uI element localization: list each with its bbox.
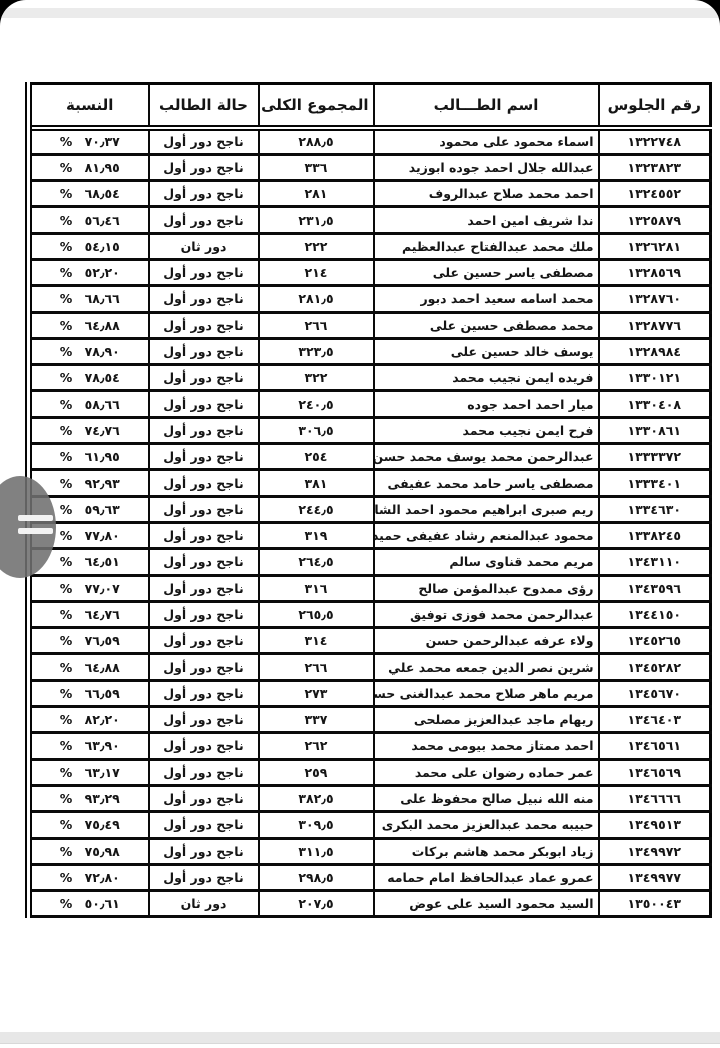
table-row: ١٣٢٨٧٦٠ محمد اسامه سعيد احمد دبور ٢٨١٫٥ …	[29, 286, 711, 312]
status-cell: ناجح دور أول	[149, 522, 259, 548]
seat-number-cell: ١٣٢٢٧٤٨	[599, 128, 711, 154]
student-name-cell: احمد محمد صلاح عبدالروف	[374, 181, 599, 207]
total-score-cell: ٢٤٤٫٥	[259, 496, 374, 522]
percentage-cell: ٧٥٫٤٩ %	[29, 812, 149, 838]
status-cell: ناجح دور أول	[149, 365, 259, 391]
total-score-cell: ٣١١٫٥	[259, 838, 374, 864]
total-score-cell: ٢٨١٫٥	[259, 286, 374, 312]
total-score-cell: ٣٨١	[259, 470, 374, 496]
table-row: ١٣٤٣١١٠ مريم محمد قناوى سالم ٢٦٤٫٥ ناجح …	[29, 549, 711, 575]
results-table: رقم الجلوس اسم الطـــالب المجموع الكلى ح…	[25, 82, 712, 918]
total-score-cell: ٣٠٦٫٥	[259, 417, 374, 443]
total-score-cell: ٣١٦	[259, 575, 374, 601]
percentage-cell: ٩٣٫٢٩ %	[29, 785, 149, 811]
status-cell: دور ثان	[149, 891, 259, 917]
student-name-cell: زياد ابوبكر محمد هاشم بركات	[374, 838, 599, 864]
total-score-cell: ٣٣٦	[259, 154, 374, 180]
student-name-cell: مريم ماهر صلاح محمد عبدالغنى حسنين	[374, 680, 599, 706]
table-row: ١٣٤٦٤٠٣ ريهام ماجد عبدالعزيز مصلحى ٣٣٧ ن…	[29, 707, 711, 733]
table-row: ١٣٢٨٩٨٤ يوسف خالد حسين على ٣٢٣٫٥ ناجح دو…	[29, 338, 711, 364]
student-name-cell: عبدالرحمن محمد فوزى توفيق	[374, 601, 599, 627]
status-cell: ناجح دور أول	[149, 864, 259, 890]
table-row: ١٣٤٦٥٦٩ عمر حماده رضوان على محمد ٢٥٩ ناج…	[29, 759, 711, 785]
student-name-cell: محمد مصطفى حسين على	[374, 312, 599, 338]
document-page: رقم الجلوس اسم الطـــالب المجموع الكلى ح…	[0, 0, 720, 1048]
header-seat-number: رقم الجلوس	[599, 84, 711, 129]
page-bottom-separator	[0, 1032, 720, 1044]
status-cell: ناجح دور أول	[149, 444, 259, 470]
total-score-cell: ٢٦٤٫٥	[259, 549, 374, 575]
total-score-cell: ٢١٤	[259, 259, 374, 285]
seat-number-cell: ١٣٢٥٨٧٩	[599, 207, 711, 233]
total-score-cell: ٢٦٦	[259, 312, 374, 338]
status-cell: ناجح دور أول	[149, 812, 259, 838]
table-row: ١٣٤٩٩٧٢ زياد ابوبكر محمد هاشم بركات ٣١١٫…	[29, 838, 711, 864]
seat-number-cell: ١٣٢٤٥٥٢	[599, 181, 711, 207]
total-score-cell: ٢٣١٫٥	[259, 207, 374, 233]
seat-number-cell: ١٣٤٥٢٦٥	[599, 628, 711, 654]
table-row: ١٣٤٦٥٦١ احمد ممتاز محمد بيومى محمد ٢٦٢ ن…	[29, 733, 711, 759]
table-row: ١٣٣٠٤٠٨ ميار احمد احمد جوده ٢٤٠٫٥ ناجح د…	[29, 391, 711, 417]
table-row: ١٣٥٠٠٤٣ السيد محمود السيد على عوض ٢٠٧٫٥ …	[29, 891, 711, 917]
table-row: ١٣٤٩٥١٣ حبيبه محمد عبدالعزيز محمد البكرى…	[29, 812, 711, 838]
total-score-cell: ٢٩٨٫٥	[259, 864, 374, 890]
percentage-cell: ٧٨٫٥٤ %	[29, 365, 149, 391]
status-cell: ناجح دور أول	[149, 286, 259, 312]
student-name-cell: فريده ايمن نجيب محمد	[374, 365, 599, 391]
status-cell: ناجح دور أول	[149, 628, 259, 654]
student-name-cell: مصطفى ياسر حسين على	[374, 259, 599, 285]
status-cell: ناجح دور أول	[149, 470, 259, 496]
student-name-cell: فرح ايمن نجيب محمد	[374, 417, 599, 443]
seat-number-cell: ١٣٤٦٦٦٦	[599, 785, 711, 811]
percentage-cell: ٥٨٫٦٦ %	[29, 391, 149, 417]
status-cell: ناجح دور أول	[149, 154, 259, 180]
table-row: ١٣٢٨٧٧٦ محمد مصطفى حسين على ٢٦٦ ناجح دور…	[29, 312, 711, 338]
table-row: ١٣٤٥٢٨٢ شرين نصر الدين جمعه محمد علي ٢٦٦…	[29, 654, 711, 680]
student-name-cell: منه الله نبيل صالح محفوظ على	[374, 785, 599, 811]
student-name-cell: عبدالرحمن محمد يوسف محمد حسن	[374, 444, 599, 470]
status-cell: ناجح دور أول	[149, 733, 259, 759]
status-cell: ناجح دور أول	[149, 259, 259, 285]
table-row: ١٣٢٨٥٦٩ مصطفى ياسر حسين على ٢١٤ ناجح دور…	[29, 259, 711, 285]
status-cell: ناجح دور أول	[149, 207, 259, 233]
table-row: ١٣٣٣٤٠١ مصطفى ياسر حامد محمد عفيفى ٣٨١ ن…	[29, 470, 711, 496]
status-cell: ناجح دور أول	[149, 312, 259, 338]
percentage-cell: ٧٥٫٩٨ %	[29, 838, 149, 864]
header-student-status: حالة الطالب	[149, 84, 259, 129]
seat-number-cell: ١٣٢٦٢٨١	[599, 233, 711, 259]
status-cell: ناجح دور أول	[149, 838, 259, 864]
total-score-cell: ٢٤٠٫٥	[259, 391, 374, 417]
status-cell: ناجح دور أول	[149, 549, 259, 575]
seat-number-cell: ١٣٣٣٣٧٢	[599, 444, 711, 470]
seat-number-cell: ١٣٣٠٤٠٨	[599, 391, 711, 417]
status-cell: ناجح دور أول	[149, 417, 259, 443]
results-tbody: ١٣٢٢٧٤٨ اسماء محمود على محمود ٢٨٨٫٥ ناجح…	[29, 128, 711, 917]
student-name-cell: ميار احمد احمد جوده	[374, 391, 599, 417]
seat-number-cell: ١٣٤٥٦٧٠	[599, 680, 711, 706]
student-name-cell: محمد اسامه سعيد احمد دبور	[374, 286, 599, 312]
total-score-cell: ٢٦٥٫٥	[259, 601, 374, 627]
percentage-cell: ٦٤٫٧٦ %	[29, 601, 149, 627]
student-name-cell: ريم صبرى ابراهيم محمود احمد الشافعى	[374, 496, 599, 522]
student-name-cell: محمود عبدالمنعم رشاد عفيفى حميد	[374, 522, 599, 548]
percentage-cell: ٥٠٫٦١ %	[29, 891, 149, 917]
total-score-cell: ٣١٩	[259, 522, 374, 548]
student-name-cell: احمد ممتاز محمد بيومى محمد	[374, 733, 599, 759]
status-cell: دور ثان	[149, 233, 259, 259]
student-name-cell: عمرو عماد عبدالحافظ امام حمامه	[374, 864, 599, 890]
percentage-cell: ٧٠٫٣٧ %	[29, 128, 149, 154]
seat-number-cell: ١٣٤٣٥٩٦	[599, 575, 711, 601]
student-name-cell: عمر حماده رضوان على محمد	[374, 759, 599, 785]
status-cell: ناجح دور أول	[149, 575, 259, 601]
student-name-cell: مصطفى ياسر حامد محمد عفيفى	[374, 470, 599, 496]
seat-number-cell: ١٣٣٣٤٠١	[599, 470, 711, 496]
status-cell: ناجح دور أول	[149, 785, 259, 811]
student-name-cell: ولاء عرفه عبدالرحمن حسن	[374, 628, 599, 654]
handle-bar-icon	[18, 515, 53, 521]
table-row: ١٣٤٦٦٦٦ منه الله نبيل صالح محفوظ على ٣٨٢…	[29, 785, 711, 811]
table-row: ١٣٣٨٢٤٥ محمود عبدالمنعم رشاد عفيفى حميد …	[29, 522, 711, 548]
student-name-cell: ملك محمد عبدالفتاح عبدالعظيم	[374, 233, 599, 259]
status-cell: ناجح دور أول	[149, 654, 259, 680]
table-row: ١٣٢٣٨٢٣ عبدالله جلال احمد جوده ابوزيد ٣٣…	[29, 154, 711, 180]
student-name-cell: ريهام ماجد عبدالعزيز مصلحى	[374, 707, 599, 733]
table-row: ١٣٣٠٨٦١ فرح ايمن نجيب محمد ٣٠٦٫٥ ناجح دو…	[29, 417, 711, 443]
seat-number-cell: ١٣٥٠٠٤٣	[599, 891, 711, 917]
percentage-cell: ٥٢٫٢٠ %	[29, 259, 149, 285]
student-name-cell: ندا شريف امين احمد	[374, 207, 599, 233]
seat-number-cell: ١٣٤٦٤٠٣	[599, 707, 711, 733]
percentage-cell: ٨٢٫٢٠ %	[29, 707, 149, 733]
student-name-cell: اسماء محمود على محمود	[374, 128, 599, 154]
status-cell: ناجح دور أول	[149, 601, 259, 627]
total-score-cell: ٢٦٦	[259, 654, 374, 680]
percentage-cell: ٦٣٫١٧ %	[29, 759, 149, 785]
seat-number-cell: ١٣٤٤١٥٠	[599, 601, 711, 627]
percentage-cell: ٨١٫٩٥ %	[29, 154, 149, 180]
status-cell: ناجح دور أول	[149, 128, 259, 154]
header-percentage: النسبة	[29, 84, 149, 129]
screen: { "page": { "bg_color": "#000000", "pape…	[0, 0, 720, 1048]
percentage-cell: ٧٢٫٨٠ %	[29, 864, 149, 890]
table-row: ١٣٤٥٦٧٠ مريم ماهر صلاح محمد عبدالغنى حسن…	[29, 680, 711, 706]
table-row: ١٣٢٥٨٧٩ ندا شريف امين احمد ٢٣١٫٥ ناجح دو…	[29, 207, 711, 233]
table-row: ١٣٣٠١٢١ فريده ايمن نجيب محمد ٣٢٢ ناجح دو…	[29, 365, 711, 391]
total-score-cell: ٣٨٢٫٥	[259, 785, 374, 811]
total-score-cell: ٢٥٤	[259, 444, 374, 470]
percentage-cell: ٦٣٫٩٠ %	[29, 733, 149, 759]
student-name-cell: عبدالله جلال احمد جوده ابوزيد	[374, 154, 599, 180]
total-score-cell: ٣٢٣٫٥	[259, 338, 374, 364]
status-cell: ناجح دور أول	[149, 707, 259, 733]
percentage-cell: ٦٤٫٨٨ %	[29, 654, 149, 680]
status-cell: ناجح دور أول	[149, 680, 259, 706]
table-row: ١٣٤٥٢٦٥ ولاء عرفه عبدالرحمن حسن ٣١٤ ناجح…	[29, 628, 711, 654]
seat-number-cell: ١٣٤٣١١٠	[599, 549, 711, 575]
status-cell: ناجح دور أول	[149, 496, 259, 522]
seat-number-cell: ١٣٣٨٢٤٥	[599, 522, 711, 548]
percentage-cell: ٥٦٫٤٦ %	[29, 207, 149, 233]
status-cell: ناجح دور أول	[149, 391, 259, 417]
handle-bar-icon	[18, 528, 53, 534]
total-score-cell: ٣١٤	[259, 628, 374, 654]
percentage-cell: ٧٤٫٧٦ %	[29, 417, 149, 443]
percentage-cell: ٦٦٫٥٩ %	[29, 680, 149, 706]
table-row: ١٣٤٣٥٩٦ رؤى ممدوح عبدالمؤمن صالح ٣١٦ ناج…	[29, 575, 711, 601]
seat-number-cell: ١٣٤٦٥٦٩	[599, 759, 711, 785]
table-row: ١٣٢٢٧٤٨ اسماء محمود على محمود ٢٨٨٫٥ ناجح…	[29, 128, 711, 154]
seat-number-cell: ١٣٣٤٦٣٠	[599, 496, 711, 522]
seat-number-cell: ١٣٢٨٥٦٩	[599, 259, 711, 285]
total-score-cell: ٢٨١	[259, 181, 374, 207]
header-student-name: اسم الطـــالب	[374, 84, 599, 129]
total-score-cell: ٢٨٨٫٥	[259, 128, 374, 154]
total-score-cell: ٣٣٧	[259, 707, 374, 733]
seat-number-cell: ١٣٢٨٩٨٤	[599, 338, 711, 364]
header-total-score: المجموع الكلى	[259, 84, 374, 129]
seat-number-cell: ١٣٢٣٨٢٣	[599, 154, 711, 180]
percentage-cell: ٧٧٫٠٧ %	[29, 575, 149, 601]
status-cell: ناجح دور أول	[149, 181, 259, 207]
table-row: ١٣٤٤١٥٠ عبدالرحمن محمد فوزى توفيق ٢٦٥٫٥ …	[29, 601, 711, 627]
seat-number-cell: ١٣٤٥٢٨٢	[599, 654, 711, 680]
percentage-cell: ٥٤٫١٥ %	[29, 233, 149, 259]
seat-number-cell: ١٣٣٠١٢١	[599, 365, 711, 391]
table-row: ١٣٢٤٥٥٢ احمد محمد صلاح عبدالروف ٢٨١ ناجح…	[29, 181, 711, 207]
table-row: ١٣٣٤٦٣٠ ريم صبرى ابراهيم محمود احمد الشا…	[29, 496, 711, 522]
total-score-cell: ٢٦٢	[259, 733, 374, 759]
percentage-cell: ٦٨٫٥٤ %	[29, 181, 149, 207]
table-row: ١٣٤٩٩٧٧ عمرو عماد عبدالحافظ امام حمامه ٢…	[29, 864, 711, 890]
page-top-separator	[0, 8, 720, 18]
percentage-cell: ٦٨٫٦٦ %	[29, 286, 149, 312]
seat-number-cell: ١٣٢٨٧٦٠	[599, 286, 711, 312]
percentage-cell: ٧٨٫٩٠ %	[29, 338, 149, 364]
total-score-cell: ٢٥٩	[259, 759, 374, 785]
total-score-cell: ٢٠٧٫٥	[259, 891, 374, 917]
student-name-cell: يوسف خالد حسين على	[374, 338, 599, 364]
percentage-cell: ٧٦٫٥٩ %	[29, 628, 149, 654]
student-name-cell: رؤى ممدوح عبدالمؤمن صالح	[374, 575, 599, 601]
total-score-cell: ٣٠٩٫٥	[259, 812, 374, 838]
percentage-cell: ٦١٫٩٥ %	[29, 444, 149, 470]
results-table-header: رقم الجلوس اسم الطـــالب المجموع الكلى ح…	[29, 84, 711, 129]
seat-number-cell: ١٣٤٩٩٧٧	[599, 864, 711, 890]
table-row: ١٣٢٦٢٨١ ملك محمد عبدالفتاح عبدالعظيم ٢٢٢…	[29, 233, 711, 259]
total-score-cell: ٣٢٢	[259, 365, 374, 391]
table-row: ١٣٣٣٣٧٢ عبدالرحمن محمد يوسف محمد حسن ٢٥٤…	[29, 444, 711, 470]
status-cell: ناجح دور أول	[149, 759, 259, 785]
seat-number-cell: ١٣٤٩٩٧٢	[599, 838, 711, 864]
status-cell: ناجح دور أول	[149, 338, 259, 364]
total-score-cell: ٢٧٣	[259, 680, 374, 706]
student-name-cell: شرين نصر الدين جمعه محمد علي	[374, 654, 599, 680]
student-name-cell: مريم محمد قناوى سالم	[374, 549, 599, 575]
header-row: رقم الجلوس اسم الطـــالب المجموع الكلى ح…	[29, 84, 711, 129]
percentage-cell: ٦٤٫٨٨ %	[29, 312, 149, 338]
seat-number-cell: ١٣٤٩٥١٣	[599, 812, 711, 838]
seat-number-cell: ١٣٢٨٧٧٦	[599, 312, 711, 338]
total-score-cell: ٢٢٢	[259, 233, 374, 259]
seat-number-cell: ١٣٣٠٨٦١	[599, 417, 711, 443]
seat-number-cell: ١٣٤٦٥٦١	[599, 733, 711, 759]
student-name-cell: السيد محمود السيد على عوض	[374, 891, 599, 917]
student-name-cell: حبيبه محمد عبدالعزيز محمد البكرى	[374, 812, 599, 838]
